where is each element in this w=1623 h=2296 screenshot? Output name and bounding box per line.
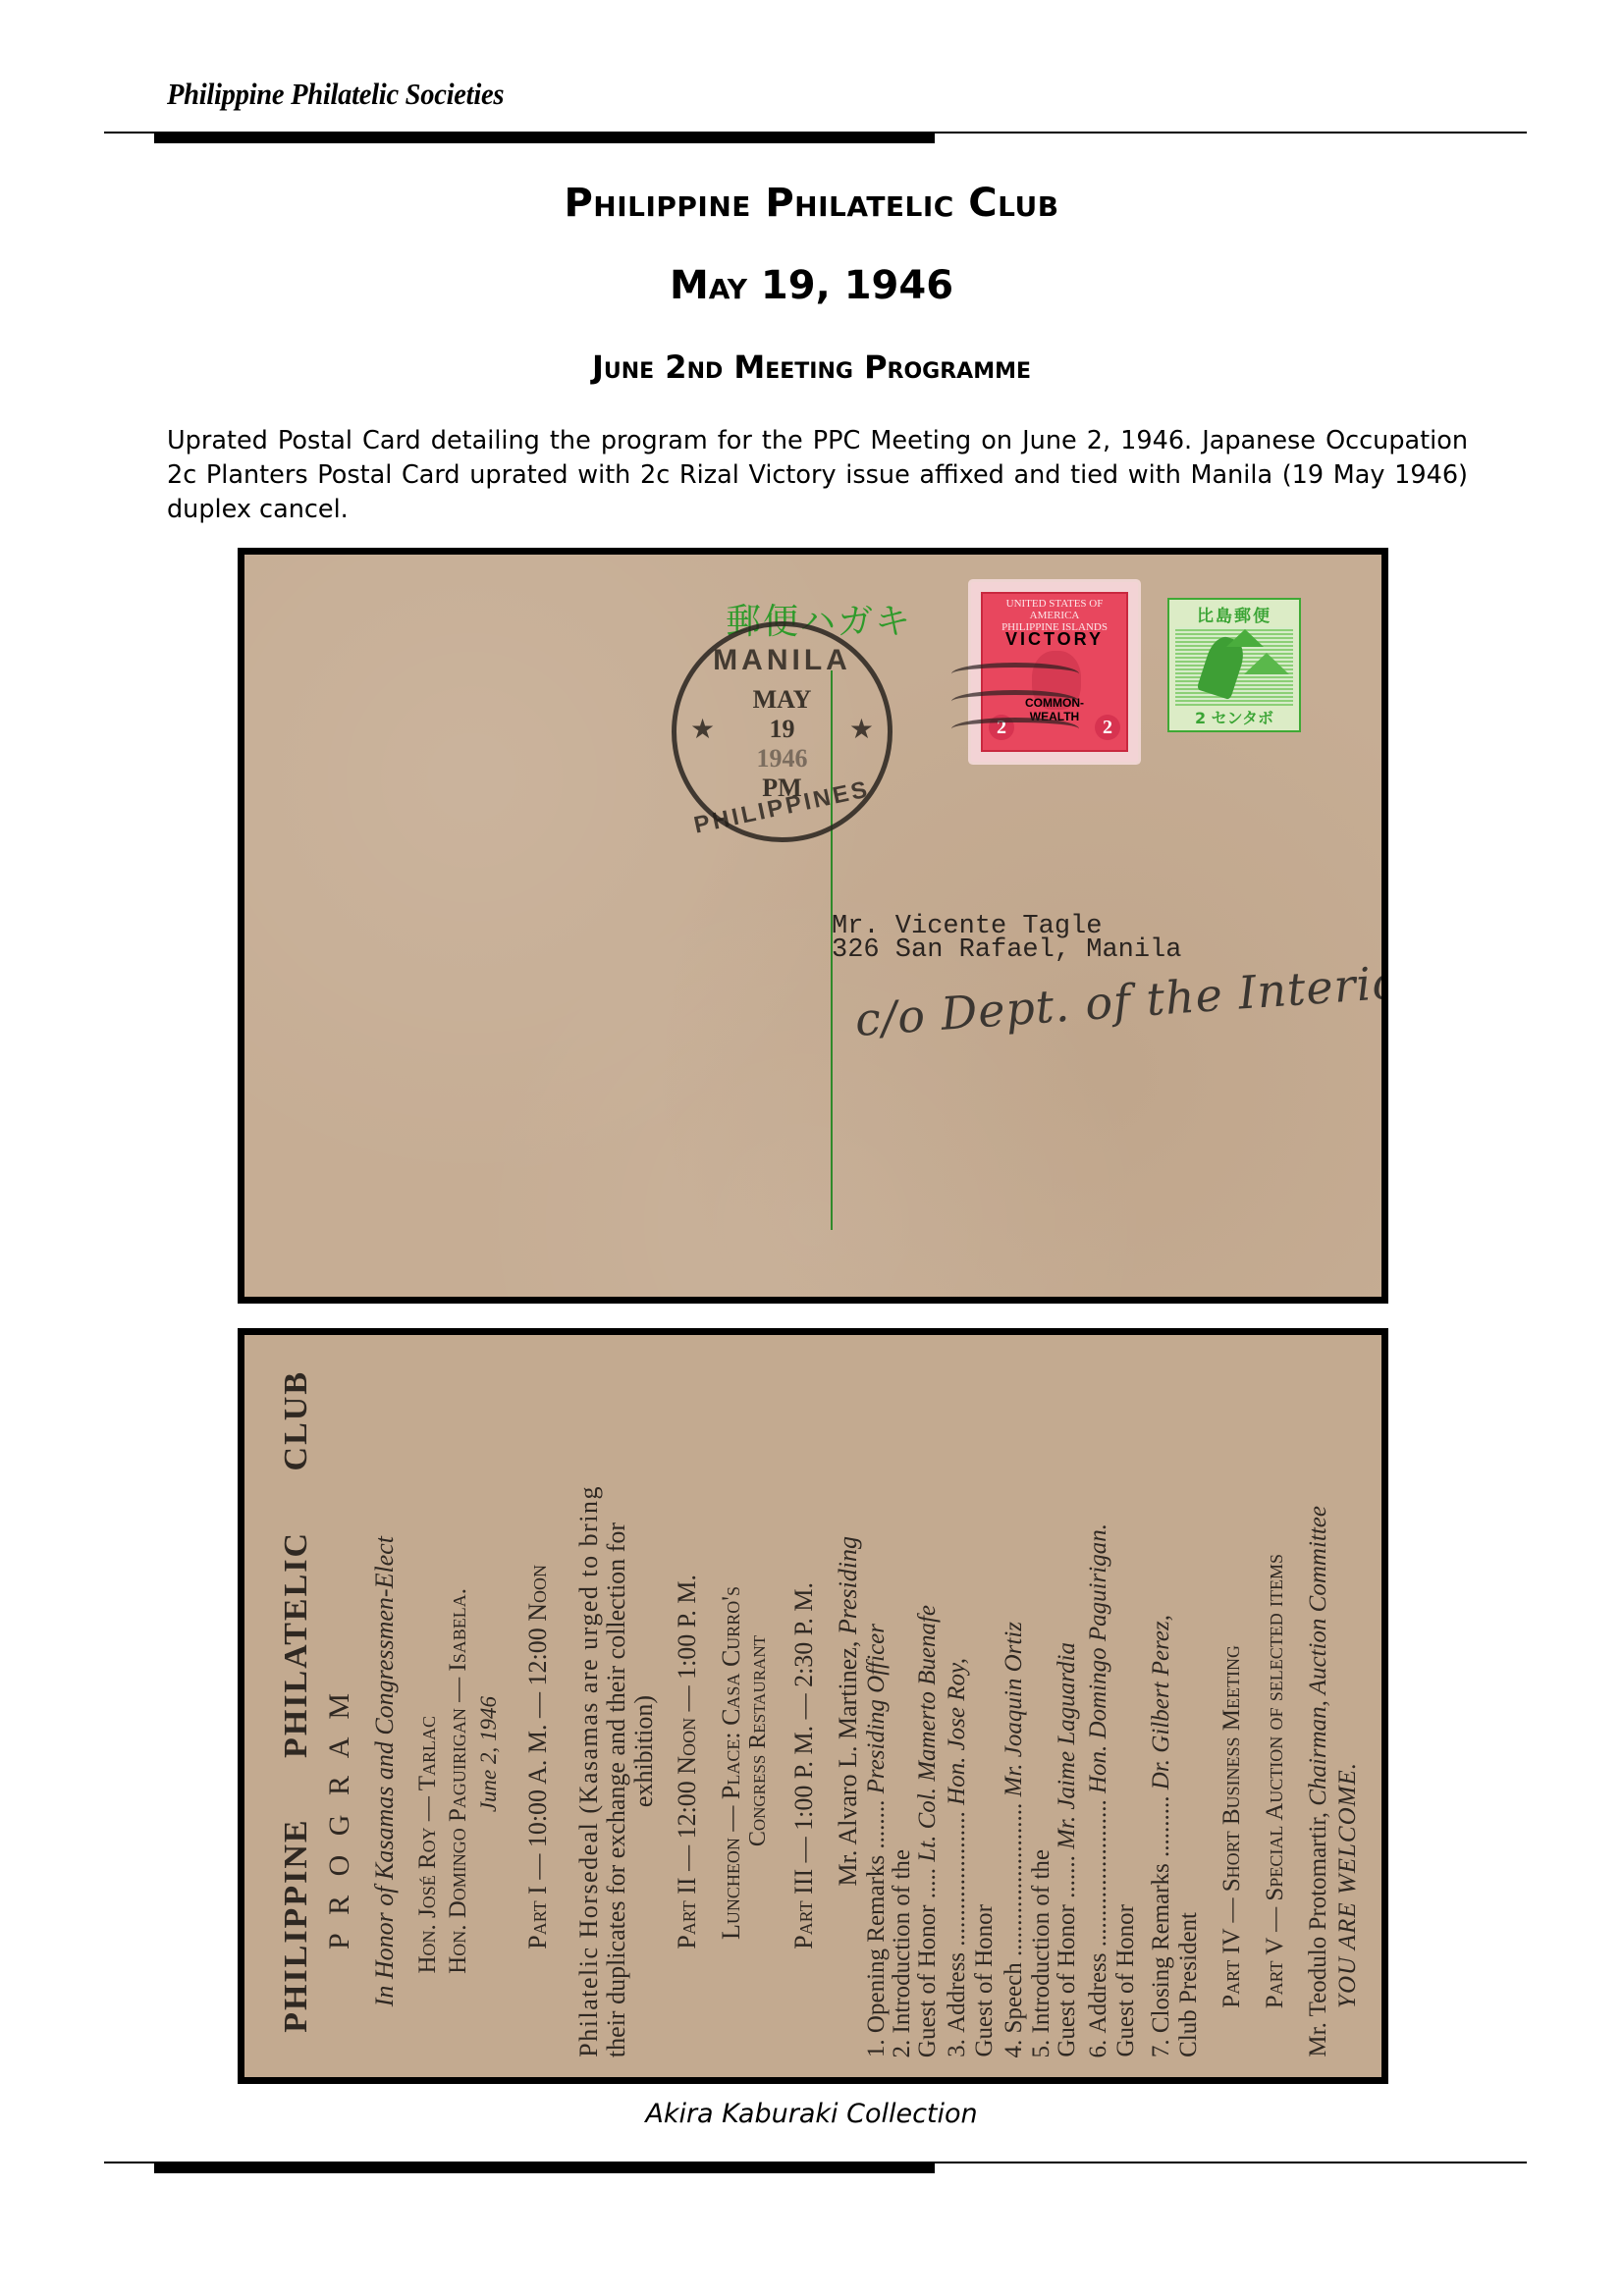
manila-postmark: MANILA ★ ★ MAY 19 1946 PM PHILIPPINES (672, 621, 893, 842)
program-card-frame (238, 1328, 1388, 2084)
victory-overprint: VICTORY (983, 629, 1126, 650)
duplex-cancel-wave (951, 718, 1079, 740)
footer-rule-thick (154, 2163, 935, 2173)
indicium-value: 2 センタボ (1169, 706, 1299, 728)
duplex-cancel-wave (951, 663, 1079, 685)
header-rule-thick (154, 133, 935, 143)
handwritten-care-of: c/o Dept. of the Interior (853, 954, 1388, 1046)
page-subtitle: June 2nd Meeting Programme (0, 348, 1623, 386)
postal-card-front-image: 郵便ハガキ MANILA ★ ★ MAY 19 1946 PM PHILIPPI… (238, 548, 1388, 1304)
address-line-2: 326 San Rafael, Manila (832, 939, 1181, 961)
page-date: May 19, 1946 (0, 263, 1623, 308)
rice-planter-scene-icon (1175, 627, 1293, 706)
duplex-cancel-wave (951, 690, 1079, 713)
postmark-day: 19 (676, 715, 888, 744)
indicium-kanji: 比島郵便 (1169, 602, 1299, 626)
recipient-address: Mr. Vicente Tagle326 San Rafael, Manila (832, 916, 1181, 961)
page-title: Philippine Philatelic Club (0, 181, 1623, 226)
postmark-month: MAY (676, 685, 888, 715)
running-header-title: Philippine Philatelic Societies (167, 77, 504, 112)
postmark-city: MANILA (676, 644, 888, 677)
collection-caption: Akira Kaburaki Collection (0, 2099, 1623, 2129)
planters-indicium-stamp: 比島郵便 2 センタボ (1167, 598, 1301, 732)
stamp-line-1: UNITED STATES OF AMERICAPHILIPPINE ISLAN… (983, 594, 1126, 633)
postmark-year: 1946 (676, 744, 888, 774)
stamp-value-right: 2 (1095, 715, 1120, 740)
description-paragraph: Uprated Postal Card detailing the progra… (167, 424, 1468, 527)
